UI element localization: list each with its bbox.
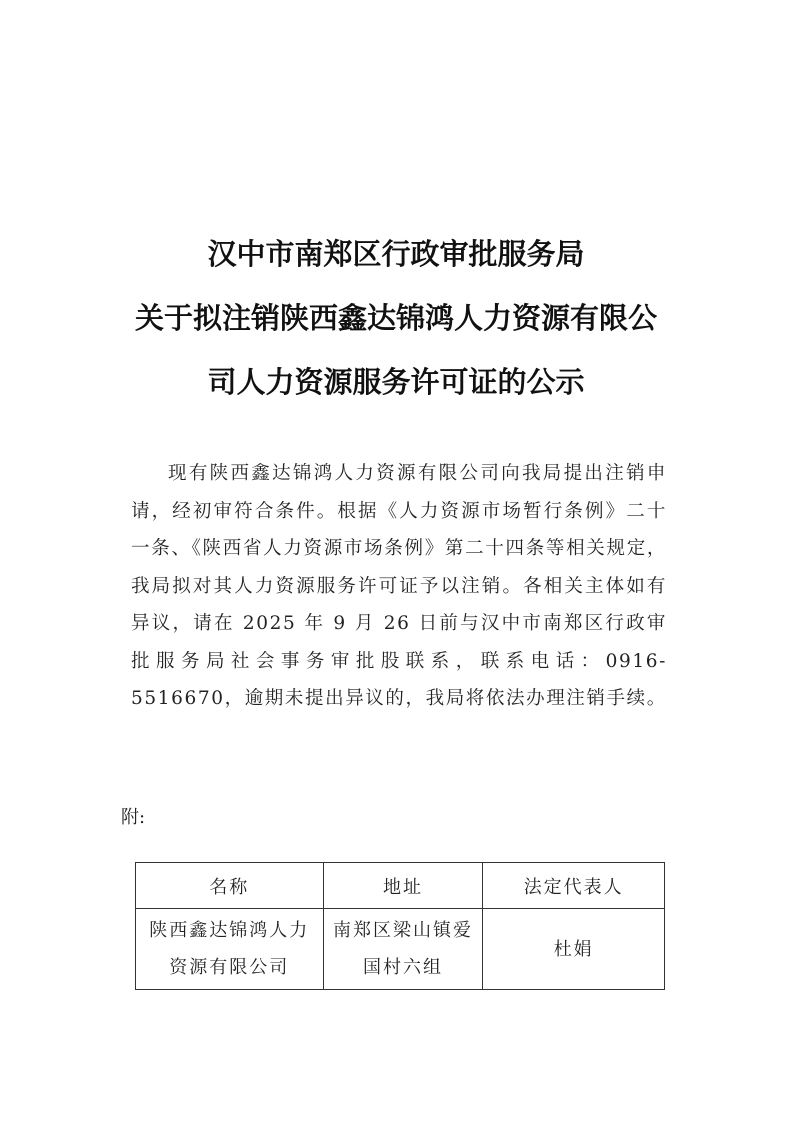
body-paragraph: 现有陕西鑫达锦鸿人力资源有限公司向我局提出注销申请，经初审符合条件。根据《人力资… [131,455,667,718]
table-row: 陕西鑫达锦鸿人力资源有限公司 南郑区梁山镇爱国村六组 杜娟 [136,909,665,990]
title-line-1: 汉中市南郑区行政审批服务局 [0,232,792,273]
attachment-label: 附: [121,803,145,829]
cell-legal-rep: 杜娟 [483,909,665,990]
header-legal-rep: 法定代表人 [483,863,665,909]
cell-company-name: 陕西鑫达锦鸿人力资源有限公司 [136,909,324,990]
header-address: 地址 [323,863,483,909]
cell-address: 南郑区梁山镇爱国村六组 [323,909,483,990]
table-header-row: 名称 地址 法定代表人 [136,863,665,909]
title-line-2: 关于拟注销陕西鑫达锦鸿人力资源有限公 [0,296,792,337]
header-name: 名称 [136,863,324,909]
title-line-3: 司人力资源服务许可证的公示 [0,360,792,401]
company-table: 名称 地址 法定代表人 陕西鑫达锦鸿人力资源有限公司 南郑区梁山镇爱国村六组 杜… [135,862,665,990]
